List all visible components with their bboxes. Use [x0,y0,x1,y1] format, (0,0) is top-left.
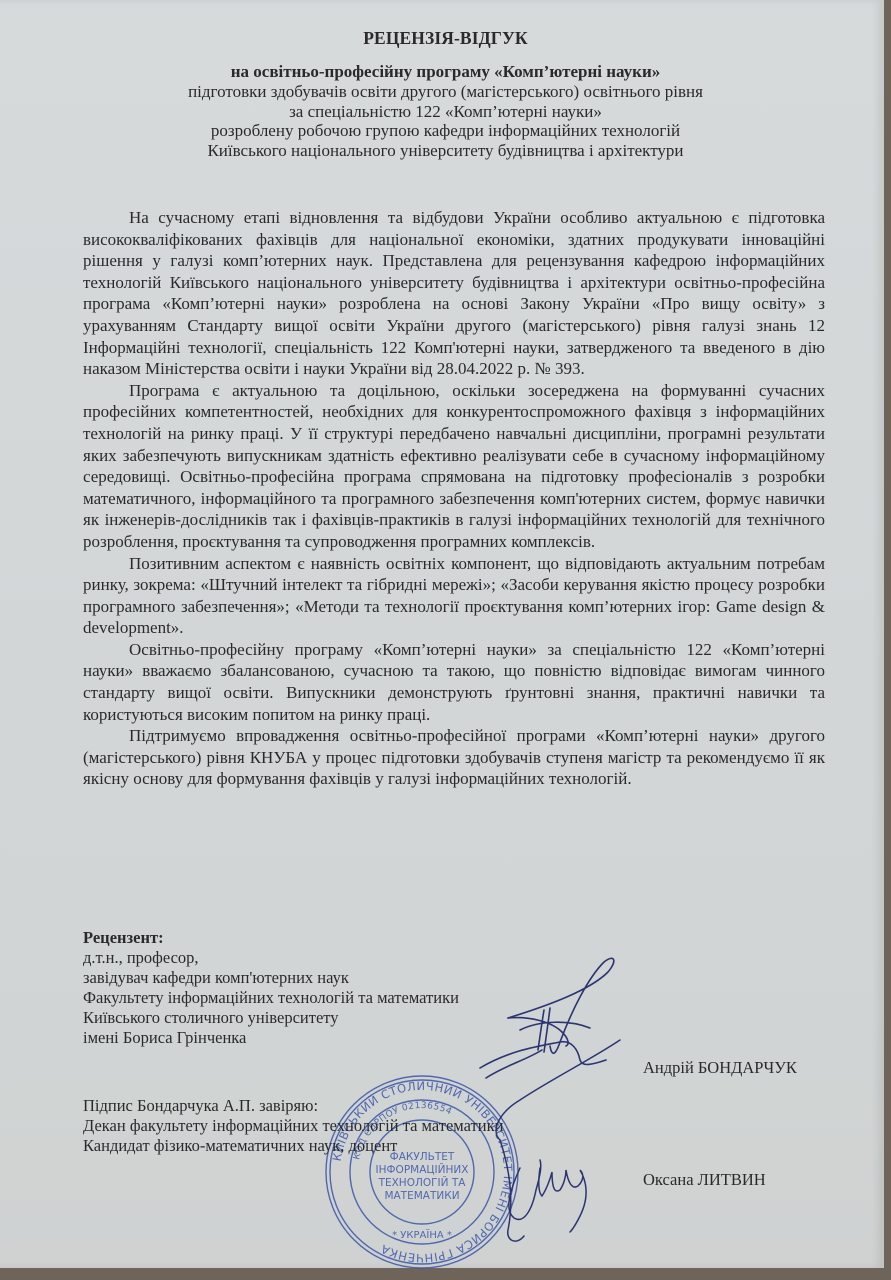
paragraph-intro: На сучасному етапі відновлення та відбуд… [83,207,825,380]
document-title: РЕЦЕНЗІЯ-ВІДГУК [0,28,891,49]
reviewer-label: Рецензент: [83,928,459,948]
subtitle-line-university: Київського національного університету бу… [0,141,891,161]
paragraph-relevance: Програма є актуальною та доцільною, оскі… [83,380,825,553]
svg-text:МАТЕМАТИКИ: МАТЕМАТИКИ [384,1190,459,1202]
subtitle-line-specialty: за спеціальністю 122 «Комп’ютерні науки» [0,102,891,122]
paragraph-recommendation: Підтримуємо впровадження освітньо-профес… [83,725,825,790]
paragraph-assessment: Освітньо-професійну програму «Комп’ютерн… [83,639,825,725]
subtitle-line-level: підготовки здобувачів освіти другого (ма… [0,82,891,102]
reviewer-block: Рецензент: д.т.н., професор, завідувач к… [83,928,459,1048]
reviewer-university: Київського столичного університету [83,1008,459,1028]
reviewer-name: Андрій БОНДАРЧУК [643,1058,797,1078]
dean-name: Оксана ЛИТВИН [643,1170,766,1190]
reviewer-degree: д.т.н., професор, [83,948,459,968]
review-body: На сучасному етапі відновлення та відбуд… [83,207,825,790]
certification-statement: Підпис Бондарчука А.П. завіряю: [83,1096,503,1116]
svg-text:ТЕХНОЛОГІЙ ТА: ТЕХНОЛОГІЙ ТА [378,1176,467,1189]
document-page: РЕЦЕНЗІЯ-ВІДГУК на освітньо-професійну п… [0,0,884,1268]
certification-block: Підпис Бондарчука А.П. завіряю: Декан фа… [83,1096,503,1156]
svg-text:* УКРАЇНА *: * УКРАЇНА * [392,1228,452,1241]
certifier-degree: Кандидат фізико-математичних наук, доцен… [83,1136,503,1156]
document-subtitle: на освітньо-професійну програму «Комп’ют… [0,62,891,161]
reviewer-university-name: імені Бориса Грінченка [83,1028,459,1048]
svg-text:ІНФОРМАЦІЙНИХ: ІНФОРМАЦІЙНИХ [376,1163,469,1176]
dean-signature-icon [480,1040,620,1250]
reviewer-position: завідувач кафедри комп'ютерних наук [83,968,459,988]
subtitle-line-workgroup: розроблену робочою групою кафедри інформ… [0,121,891,141]
paragraph-positive-aspects: Позитивним аспектом є наявність освітніх… [83,553,825,639]
subtitle-line-program: на освітньо-професійну програму «Комп’ют… [0,62,891,82]
reviewer-faculty: Факультету інформаційних технологій та м… [83,988,459,1008]
certifier-position: Декан факультету інформаційних технологі… [83,1116,503,1136]
